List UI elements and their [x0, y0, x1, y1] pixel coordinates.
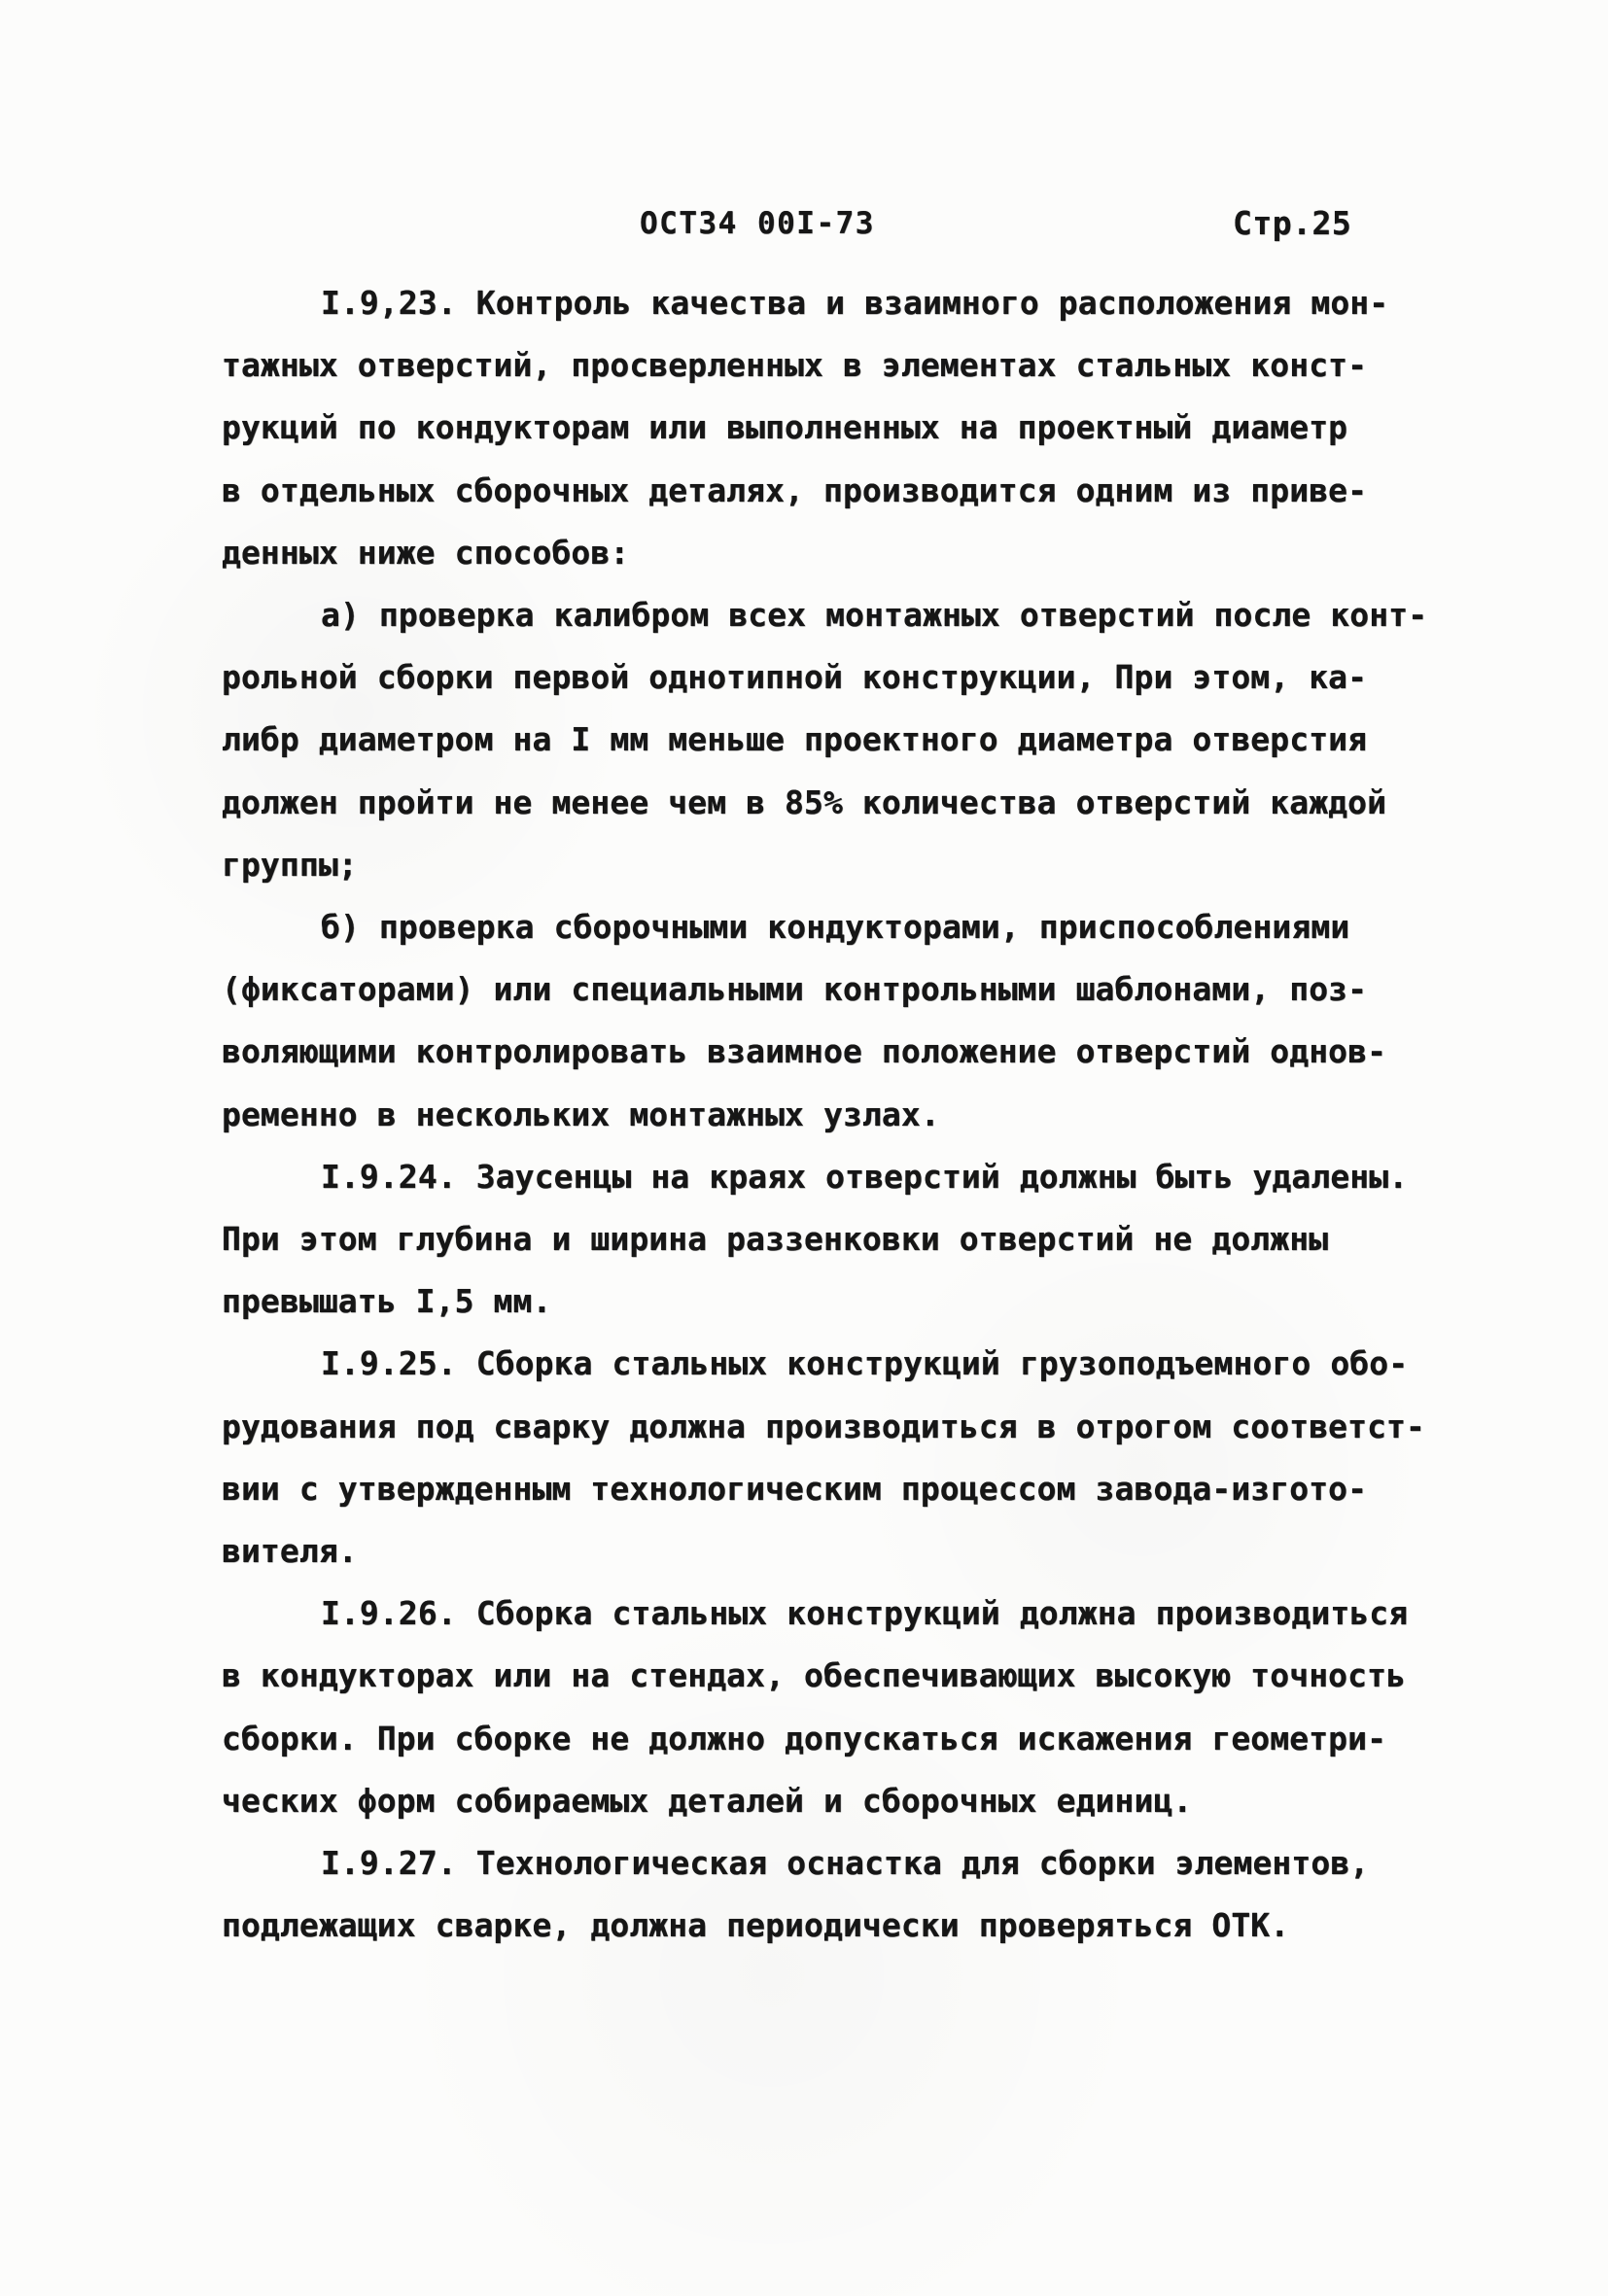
text-line: б) проверка сборочными кондукторами, при…	[222, 896, 1476, 958]
text-line: либр диаметром на I мм меньше проектного…	[222, 709, 1476, 771]
text-line: вителя.	[222, 1520, 1476, 1583]
text-line: I.9.26. Сборка стальных конструкций долж…	[222, 1583, 1476, 1645]
text-line: превышать I,5 мм.	[222, 1270, 1476, 1333]
text-line: в отдельных сборочных деталях, производи…	[222, 460, 1476, 522]
text-line: ременно в нескольких монтажных узлах.	[222, 1084, 1476, 1146]
text-line: I.9.27. Технологическая оснастка для сбо…	[222, 1832, 1476, 1895]
text-line: (фиксаторами) или специальными контрольн…	[222, 958, 1476, 1021]
text-line: группы;	[222, 834, 1476, 896]
text-line: воляющими контролировать взаимное положе…	[222, 1021, 1476, 1083]
text-line: денных ниже способов:	[222, 522, 1476, 584]
text-line: При этом глубина и ширина раззенковки от…	[222, 1208, 1476, 1270]
text-line: ческих форм собираемых деталей и сборочн…	[222, 1770, 1476, 1832]
text-line: тажных отверстий, просверленных в элемен…	[222, 334, 1476, 397]
text-line: рольной сборки первой однотипной констру…	[222, 646, 1476, 709]
page-number-label: Стр.25	[1233, 204, 1351, 242]
text-line: в кондукторах или на стендах, обеспечива…	[222, 1645, 1476, 1707]
document-standard-number: ОСТ34 00I-73	[640, 206, 875, 241]
text-line: должен пройти не менее чем в 85% количес…	[222, 772, 1476, 834]
text-line: а) проверка калибром всех монтажных отве…	[222, 584, 1476, 646]
text-line: I.9.24. Заусенцы на краях отверстий долж…	[222, 1146, 1476, 1208]
text-line: подлежащих сварке, должна периодически п…	[222, 1895, 1476, 1957]
text-line: рудования под сварку должна производитьс…	[222, 1396, 1476, 1458]
text-line: I.9.25. Сборка стальных конструкций груз…	[222, 1333, 1476, 1395]
text-line: сборки. При сборке не должно допускаться…	[222, 1708, 1476, 1770]
text-line: вии с утвержденным технологическим проце…	[222, 1458, 1476, 1520]
text-line: I.9,23. Контроль качества и взаимного ра…	[222, 272, 1476, 334]
document-body: I.9,23. Контроль качества и взаимного ра…	[222, 272, 1476, 1957]
text-line: рукций по кондукторам или выполненных на…	[222, 397, 1476, 459]
scanned-document-page: ОСТ34 00I-73 Стр.25 I.9,23. Контроль кач…	[0, 0, 1608, 2296]
